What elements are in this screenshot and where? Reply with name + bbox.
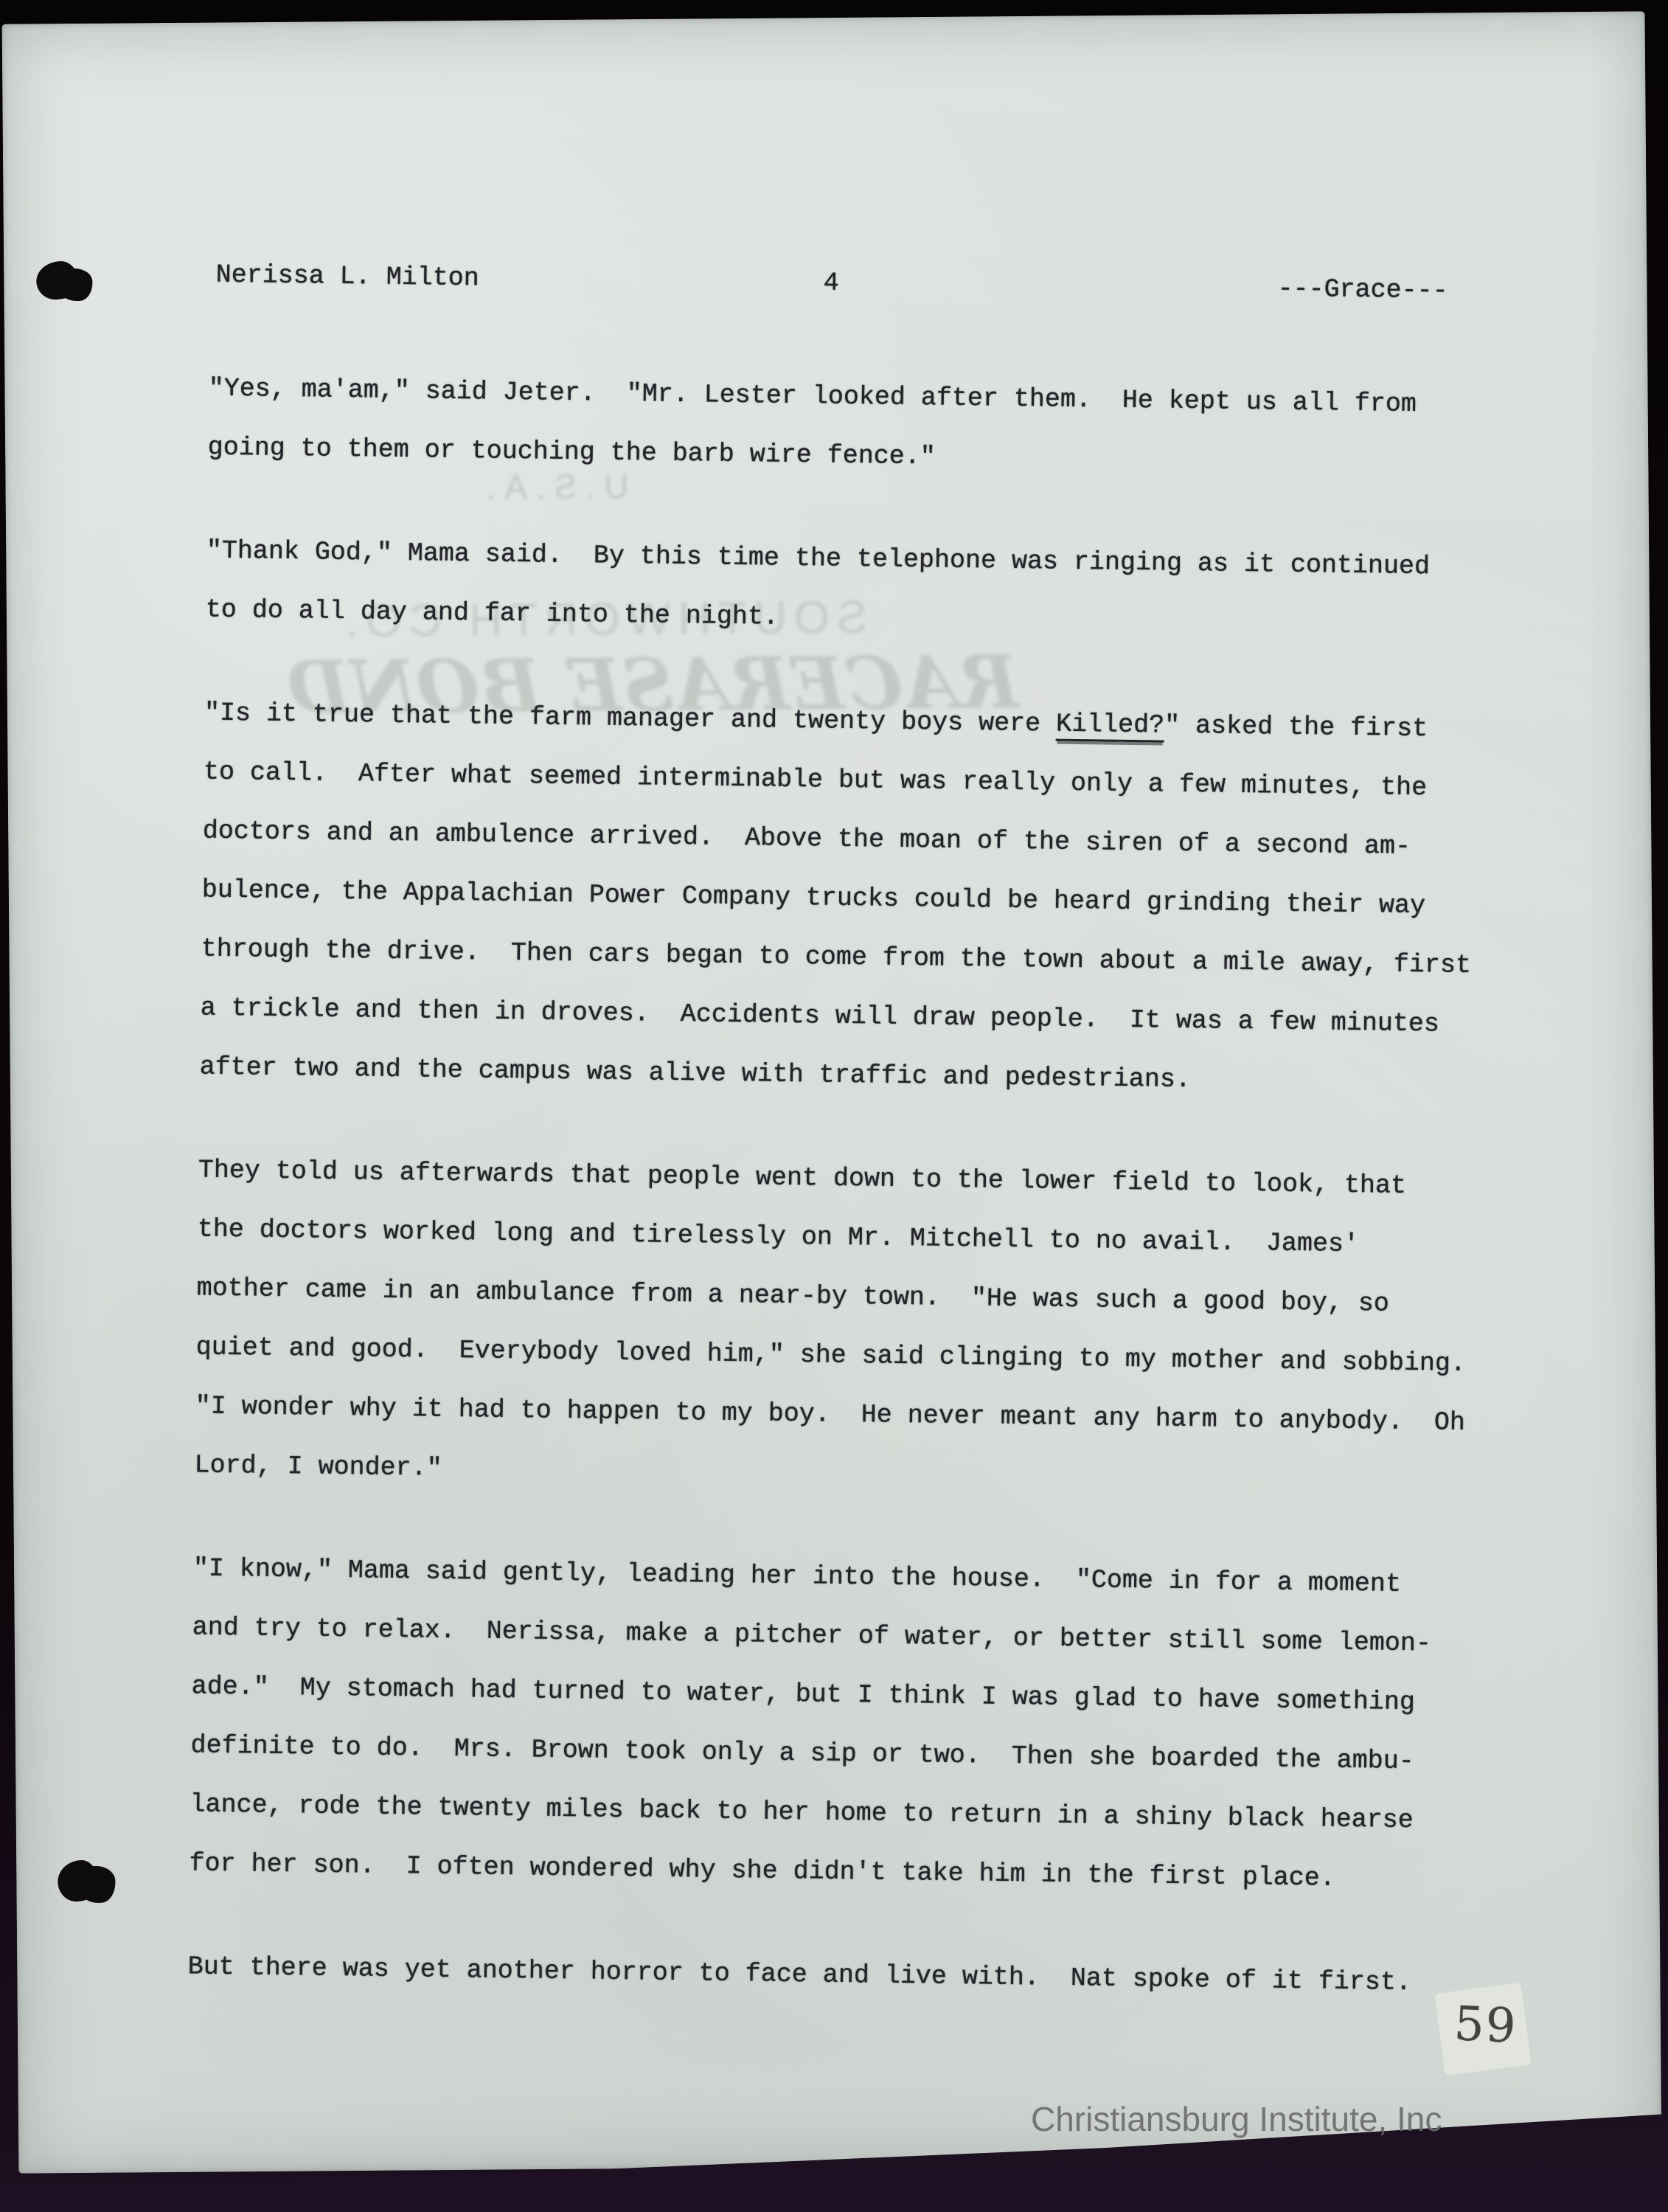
typed-text-block: Nerissa L. Milton 4 ---Grace--- "Yes, ma… — [187, 257, 1544, 2058]
paragraph-1: "Yes, ma'am," said Jeter. "Mr. Lester lo… — [207, 359, 1543, 495]
scanned-page-photo: { "document": { "header": { "author": "N… — [0, 0, 1668, 2212]
paragraph-3-body: " asked the first to call. After what se… — [199, 711, 1471, 1095]
underlined-word-killed: Killed? — [1056, 710, 1165, 743]
author-name: Nerissa L. Milton — [215, 257, 479, 297]
typewritten-page: U.S.A. SOUTHWORTH CO. RACERASE BOND Neri… — [2, 11, 1662, 2173]
ink-blot-bottom-left — [58, 1860, 99, 1901]
running-title: ---Grace--- — [1277, 271, 1448, 309]
paragraph-6: But there was yet another horror to face… — [187, 1937, 1523, 2014]
paragraph-3: "Is it true that the farm manager and tw… — [199, 684, 1539, 1114]
page-header: Nerissa L. Milton 4 ---Grace--- — [209, 257, 1544, 311]
handwritten-page-number: 59 — [1453, 1997, 1518, 2054]
paragraph-4: They told us afterwards that people went… — [194, 1140, 1533, 1512]
paragraph-5: "I know," Mama said gently, leading her … — [189, 1539, 1528, 1910]
archive-watermark: Christiansburg Institute, Inc — [1031, 2099, 1636, 2139]
paragraph-2: "Thank God," Mama said. By this time the… — [205, 521, 1541, 657]
page-number: 4 — [823, 265, 839, 300]
ink-blot-top-left — [36, 261, 79, 299]
paragraph-3-lead: "Is it true that the farm manager and tw… — [204, 698, 1057, 739]
